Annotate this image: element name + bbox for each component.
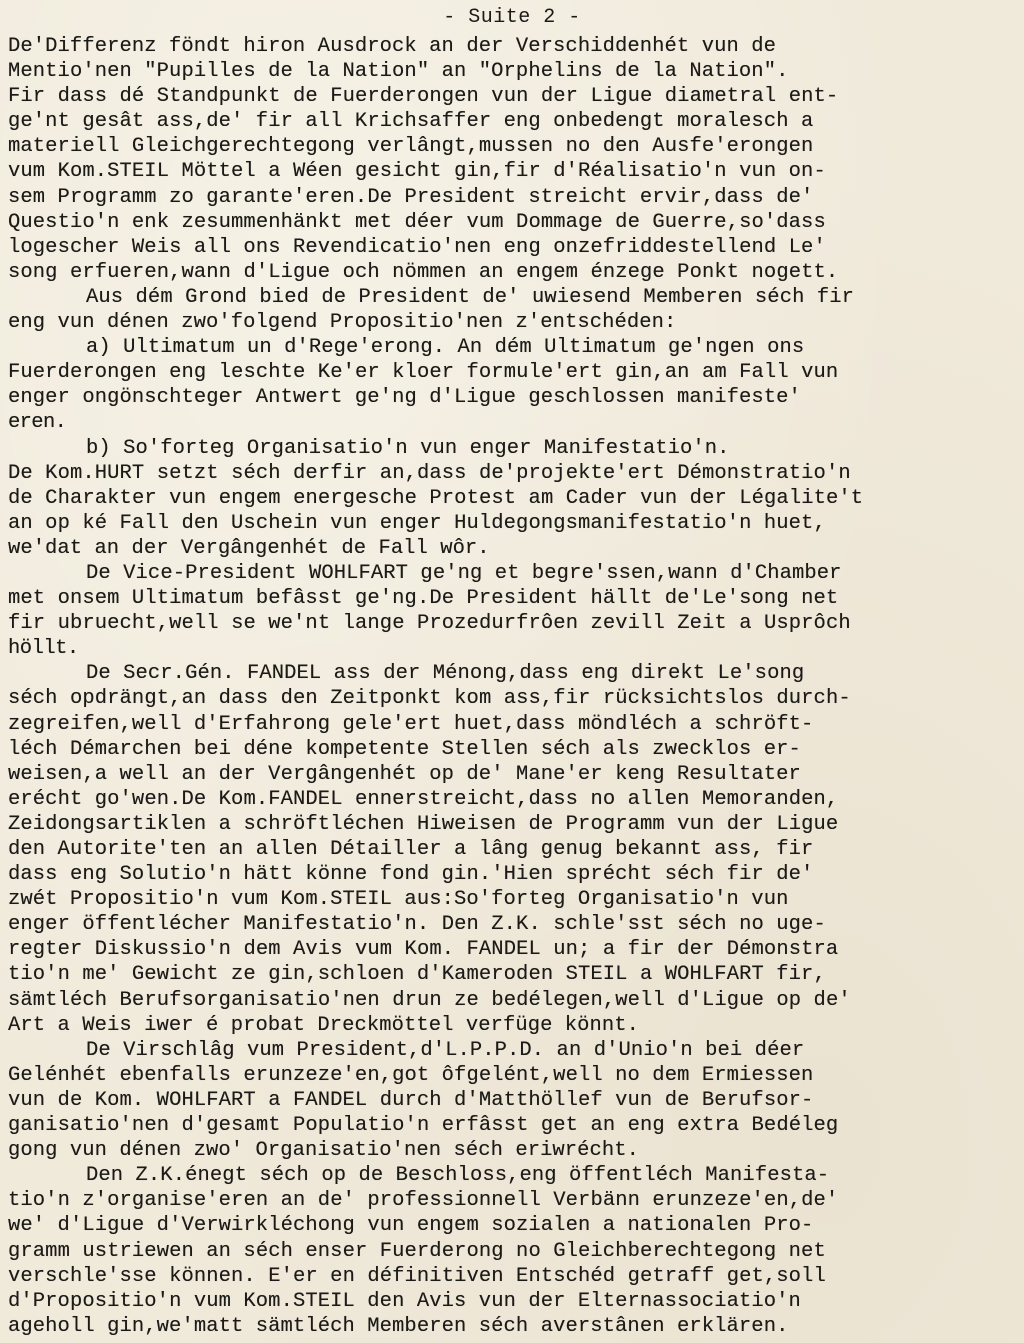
text-line: Questio'n enk zesummenhänkt met déer vum… xyxy=(8,210,1018,235)
text-line: met onsem Ultimatum befâsst ge'ng.De Pre… xyxy=(8,586,1018,611)
page-header-suite: - Suite 2 - xyxy=(0,6,1024,29)
text-line: Zeidongsartiklen a schröftléchen Hiweise… xyxy=(8,812,1018,837)
text-line: zwét Propositio'n vum Kom.STEIL aus:So'f… xyxy=(8,887,1018,912)
text-line: d'Propositio'n vum Kom.STEIL den Avis vu… xyxy=(8,1289,1018,1314)
text-line: ageholl gin,we'matt sämtléch Memberen sé… xyxy=(8,1314,1018,1339)
text-line: an op ké Fall den Uschein vun enger Huld… xyxy=(8,511,1018,536)
text-line: song erfueren,wann d'Ligue och nömmen an… xyxy=(8,260,1018,285)
text-line: verschle'sse können. E'er en définitiven… xyxy=(8,1264,1018,1289)
text-line: höllt. xyxy=(8,636,1018,661)
text-line: enger öffentlécher Manifestatio'n. Den Z… xyxy=(8,912,1018,937)
text-line: logescher Weis all ons Revendicatio'nen … xyxy=(8,235,1018,260)
text-line: De Kom.HURT setzt séch derfir an,dass de… xyxy=(8,461,1018,486)
text-line: fir ubruecht,well se we'nt lange Prozedu… xyxy=(8,611,1018,636)
text-line: Den Z.K.énegt séch op de Beschloss,eng ö… xyxy=(8,1163,1018,1188)
text-line: léch Démarchen bei déne kompetente Stell… xyxy=(8,737,1018,762)
text-line: Aus dém Grond bied de President de' uwie… xyxy=(8,285,1018,310)
typewritten-page: - Suite 2 - De'Differenz föndt hiron Aus… xyxy=(0,0,1024,1343)
text-line: sämtléch Berufsorganisatio'nen drun ze b… xyxy=(8,988,1018,1013)
document-body: De'Differenz föndt hiron Ausdrock an der… xyxy=(8,34,1018,1339)
text-line: gramm ustriewen an séch enser Fuerderong… xyxy=(8,1239,1018,1264)
text-line: ganisatio'nen d'gesamt Populatio'n erfâs… xyxy=(8,1113,1018,1138)
text-line: Fuerderongen eng leschte Ke'er kloer for… xyxy=(8,360,1018,385)
text-line: séch opdrängt,an dass den Zeitponkt kom … xyxy=(8,686,1018,711)
text-line: Mentio'nen "Pupilles de la Nation" an "O… xyxy=(8,59,1018,84)
text-line: de Charakter vun engem energesche Protes… xyxy=(8,486,1018,511)
text-line: enger ongönschteger Antwert ge'ng d'Ligu… xyxy=(8,385,1018,410)
text-line: De Secr.Gén. FANDEL ass der Ménong,dass … xyxy=(8,661,1018,686)
text-line: we'dat an der Vergângenhét de Fall wôr. xyxy=(8,536,1018,561)
text-line: materiell Gleichgerechtegong verlângt,mu… xyxy=(8,134,1018,159)
text-line: zegreifen,well d'Erfahrong gele'ert huet… xyxy=(8,712,1018,737)
text-line: Art a Weis iwer é probat Dreckmöttel ver… xyxy=(8,1013,1018,1038)
text-line: eren. xyxy=(8,410,1018,435)
text-line: Fir dass dé Standpunkt de Fuerderongen v… xyxy=(8,84,1018,109)
text-line: vun de Kom. WOHLFART a FANDEL durch d'Ma… xyxy=(8,1088,1018,1113)
text-line: gong vun dénen zwo' Organisatio'nen séch… xyxy=(8,1138,1018,1163)
text-line: vum Kom.STEIL Möttel a Wéen gesicht gin,… xyxy=(8,159,1018,184)
text-line: De'Differenz föndt hiron Ausdrock an der… xyxy=(8,34,1018,59)
text-line: a) Ultimatum un d'Rege'erong. An dém Ult… xyxy=(8,335,1018,360)
text-line: Gelénhét ebenfalls erunzeze'en,got ôfgel… xyxy=(8,1063,1018,1088)
text-line: regter Diskussio'n dem Avis vum Kom. FAN… xyxy=(8,937,1018,962)
text-line: ge'nt gesât ass,de' fir all Krichsaffer … xyxy=(8,109,1018,134)
text-line: dass eng Solutio'n hätt könne fond gin.'… xyxy=(8,862,1018,887)
text-line: tio'n z'organise'eren an de' professionn… xyxy=(8,1188,1018,1213)
text-line: b) So'forteg Organisatio'n vun enger Man… xyxy=(8,436,1018,461)
text-line: sem Programm zo garante'eren.De Presiden… xyxy=(8,185,1018,210)
text-line: tio'n me' Gewicht ze gin,schloen d'Kamer… xyxy=(8,962,1018,987)
text-line: we' d'Ligue d'Verwirkléchong vun engem s… xyxy=(8,1213,1018,1238)
text-line: erécht go'wen.De Kom.FANDEL ennerstreich… xyxy=(8,787,1018,812)
text-line: den Autorite'ten an allen Détailler a lâ… xyxy=(8,837,1018,862)
text-line: eng vun dénen zwo'folgend Propositio'nen… xyxy=(8,310,1018,335)
text-line: De Vice-President WOHLFART ge'ng et begr… xyxy=(8,561,1018,586)
text-line: weisen,a well an der Vergângenhét op de'… xyxy=(8,762,1018,787)
text-line: De Virschlâg vum President,d'L.P.P.D. an… xyxy=(8,1038,1018,1063)
